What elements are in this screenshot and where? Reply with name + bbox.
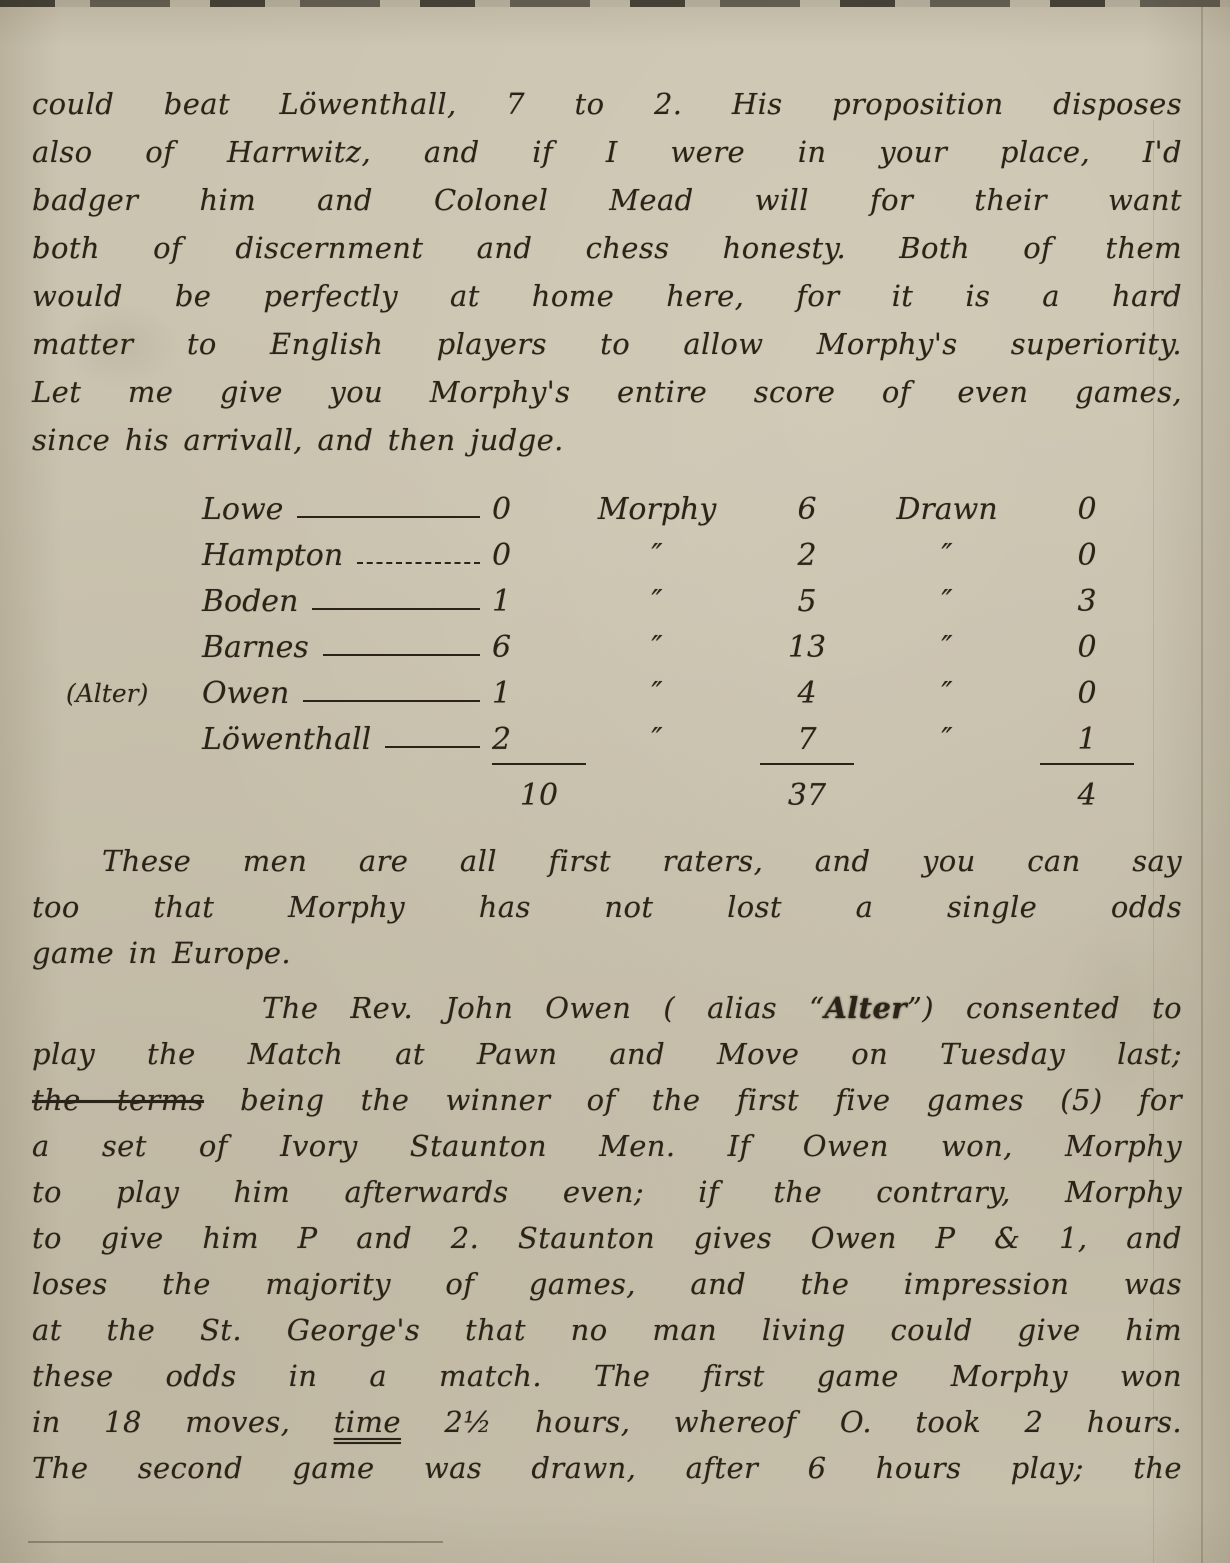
- text-line: could beat Löwenthall, 7 to 2. His propo…: [32, 80, 1182, 128]
- opponent-score: 13: [752, 625, 862, 671]
- total-score: 10: [492, 763, 586, 825]
- ditto-mark: ″: [562, 533, 752, 579]
- drawn-score: 0: [1032, 533, 1142, 579]
- total-drawn-score: 4: [1040, 763, 1134, 825]
- player-score: 2: [492, 717, 562, 763]
- text-line: at the St. George's that no man living c…: [32, 1307, 1182, 1353]
- ditto-mark: ″: [862, 671, 1032, 717]
- text-line: to play him afterwards even; if the cont…: [32, 1169, 1182, 1215]
- dash-leader: [323, 654, 480, 656]
- ditto-mark: ″: [562, 625, 752, 671]
- ditto-mark: ″: [562, 717, 752, 763]
- text-segment: 2½ hours, whereof O. took 2 hours.: [401, 1405, 1182, 1439]
- text-line: play the Match at Pawn and Move on Tuesd…: [32, 1031, 1182, 1077]
- drawn-score: 3: [1032, 579, 1142, 625]
- text-line: both of discernment and chess honesty. B…: [32, 224, 1182, 272]
- player-score: 0: [492, 487, 562, 533]
- text-line: These men are all first raters, and you …: [32, 838, 1182, 884]
- ruled-line-bottom: [28, 1541, 443, 1543]
- text-line: The Rev. John Owen ( alias “Alter”) cons…: [32, 985, 1182, 1031]
- text-line: the terms being the winner of the first …: [32, 1077, 1182, 1123]
- text-line: too that Morphy has not lost a single od…: [32, 884, 1182, 930]
- text-line: badger him and Colonel Mead will for the…: [32, 176, 1182, 224]
- text-line: game in Europe.: [32, 930, 1182, 976]
- ditto-mark: ″: [862, 579, 1032, 625]
- text-segment: in 18 moves,: [32, 1405, 334, 1439]
- underlined-text: time: [334, 1405, 401, 1439]
- player-score: 0: [492, 533, 562, 579]
- drawn-score: 1: [1032, 717, 1142, 763]
- scan-edge-top: [0, 0, 1230, 7]
- dash-leader: [385, 746, 480, 748]
- ditto-mark: ″: [562, 579, 752, 625]
- player-name: Löwenthall: [202, 717, 492, 763]
- drawn-label: Drawn: [862, 487, 1032, 533]
- opponent-label: Morphy: [562, 487, 752, 533]
- dash-leader: [357, 562, 480, 564]
- paragraph-owen-match: The Rev. John Owen ( alias “Alter”) cons…: [32, 985, 1182, 1491]
- table-row: Barnes 6 ″ 13 ″ 0: [32, 625, 1182, 671]
- text-line: since his arrivall, and then judge.: [32, 416, 1182, 464]
- text-line: would be perfectly at home here, for it …: [32, 272, 1182, 320]
- table-totals-row: 10 37 4: [32, 763, 1182, 821]
- dash-leader: [297, 516, 480, 518]
- text-line: The second game was drawn, after 6 hours…: [32, 1445, 1182, 1491]
- drawn-score: 0: [1032, 671, 1142, 717]
- opponent-score: 5: [752, 579, 862, 625]
- text-line: in 18 moves, time 2½ hours, whereof O. t…: [32, 1399, 1182, 1445]
- player-name: Hampton: [202, 533, 492, 579]
- opponent-score: 6: [752, 487, 862, 533]
- opponent-score: 4: [752, 671, 862, 717]
- manuscript-page: could beat Löwenthall, 7 to 2. His propo…: [0, 0, 1230, 1563]
- text-segment: The Rev. John Owen ( alias “: [262, 991, 824, 1025]
- table-row: (Alter) Owen 1 ″ 4 ″ 0: [32, 671, 1182, 717]
- drawn-score: 0: [1032, 487, 1142, 533]
- table-row: Löwenthall 2 ″ 7 ″ 1: [32, 717, 1182, 763]
- text-line: matter to English players to allow Morph…: [32, 320, 1182, 368]
- text-segment: ”) consented to: [907, 991, 1182, 1025]
- struck-text: the terms: [32, 1083, 204, 1117]
- paragraph-first-raters: These men are all first raters, and you …: [32, 838, 1182, 976]
- player-name: Owen: [202, 671, 492, 717]
- opponent-score: 7: [752, 717, 862, 763]
- paper-crease-right: [1201, 0, 1203, 1563]
- text-line: to give him P and 2. Staunton gives Owen…: [32, 1215, 1182, 1261]
- table-row: Boden 1 ″ 5 ″ 3: [32, 579, 1182, 625]
- text-line: Let me give you Morphy's entire score of…: [32, 368, 1182, 416]
- dash-leader: [303, 700, 480, 702]
- player-score: 6: [492, 625, 562, 671]
- ditto-mark: ″: [862, 533, 1032, 579]
- text-line: loses the majority of games, and the imp…: [32, 1261, 1182, 1307]
- player-name: Boden: [202, 579, 492, 625]
- opponent-score: 2: [752, 533, 862, 579]
- ditto-mark: ″: [862, 717, 1032, 763]
- text-line: a set of Ivory Staunton Men. If Owen won…: [32, 1123, 1182, 1169]
- score-table: Lowe 0 Morphy 6 Drawn 0 Hampton 0 ″ 2 ″ …: [32, 487, 1182, 821]
- dash-leader: [312, 608, 480, 610]
- ditto-mark: ″: [862, 625, 1032, 671]
- text-segment: being the winner of the first five games…: [204, 1083, 1182, 1117]
- player-score: 1: [492, 579, 562, 625]
- text-line: also of Harrwitz, and if I were in your …: [32, 128, 1182, 176]
- player-name: Lowe: [202, 487, 492, 533]
- table-row: Lowe 0 Morphy 6 Drawn 0: [32, 487, 1182, 533]
- ditto-mark: ″: [562, 671, 752, 717]
- margin-note-alter: (Alter): [32, 671, 202, 717]
- total-opponent-score: 37: [760, 763, 854, 825]
- paragraph-opening: could beat Löwenthall, 7 to 2. His propo…: [32, 80, 1182, 464]
- drawn-score: 0: [1032, 625, 1142, 671]
- text-line: these odds in a match. The first game Mo…: [32, 1353, 1182, 1399]
- player-score: 1: [492, 671, 562, 717]
- alter-emphasized: Alter: [824, 991, 907, 1025]
- table-row: Hampton 0 ″ 2 ″ 0: [32, 533, 1182, 579]
- player-name: Barnes: [202, 625, 492, 671]
